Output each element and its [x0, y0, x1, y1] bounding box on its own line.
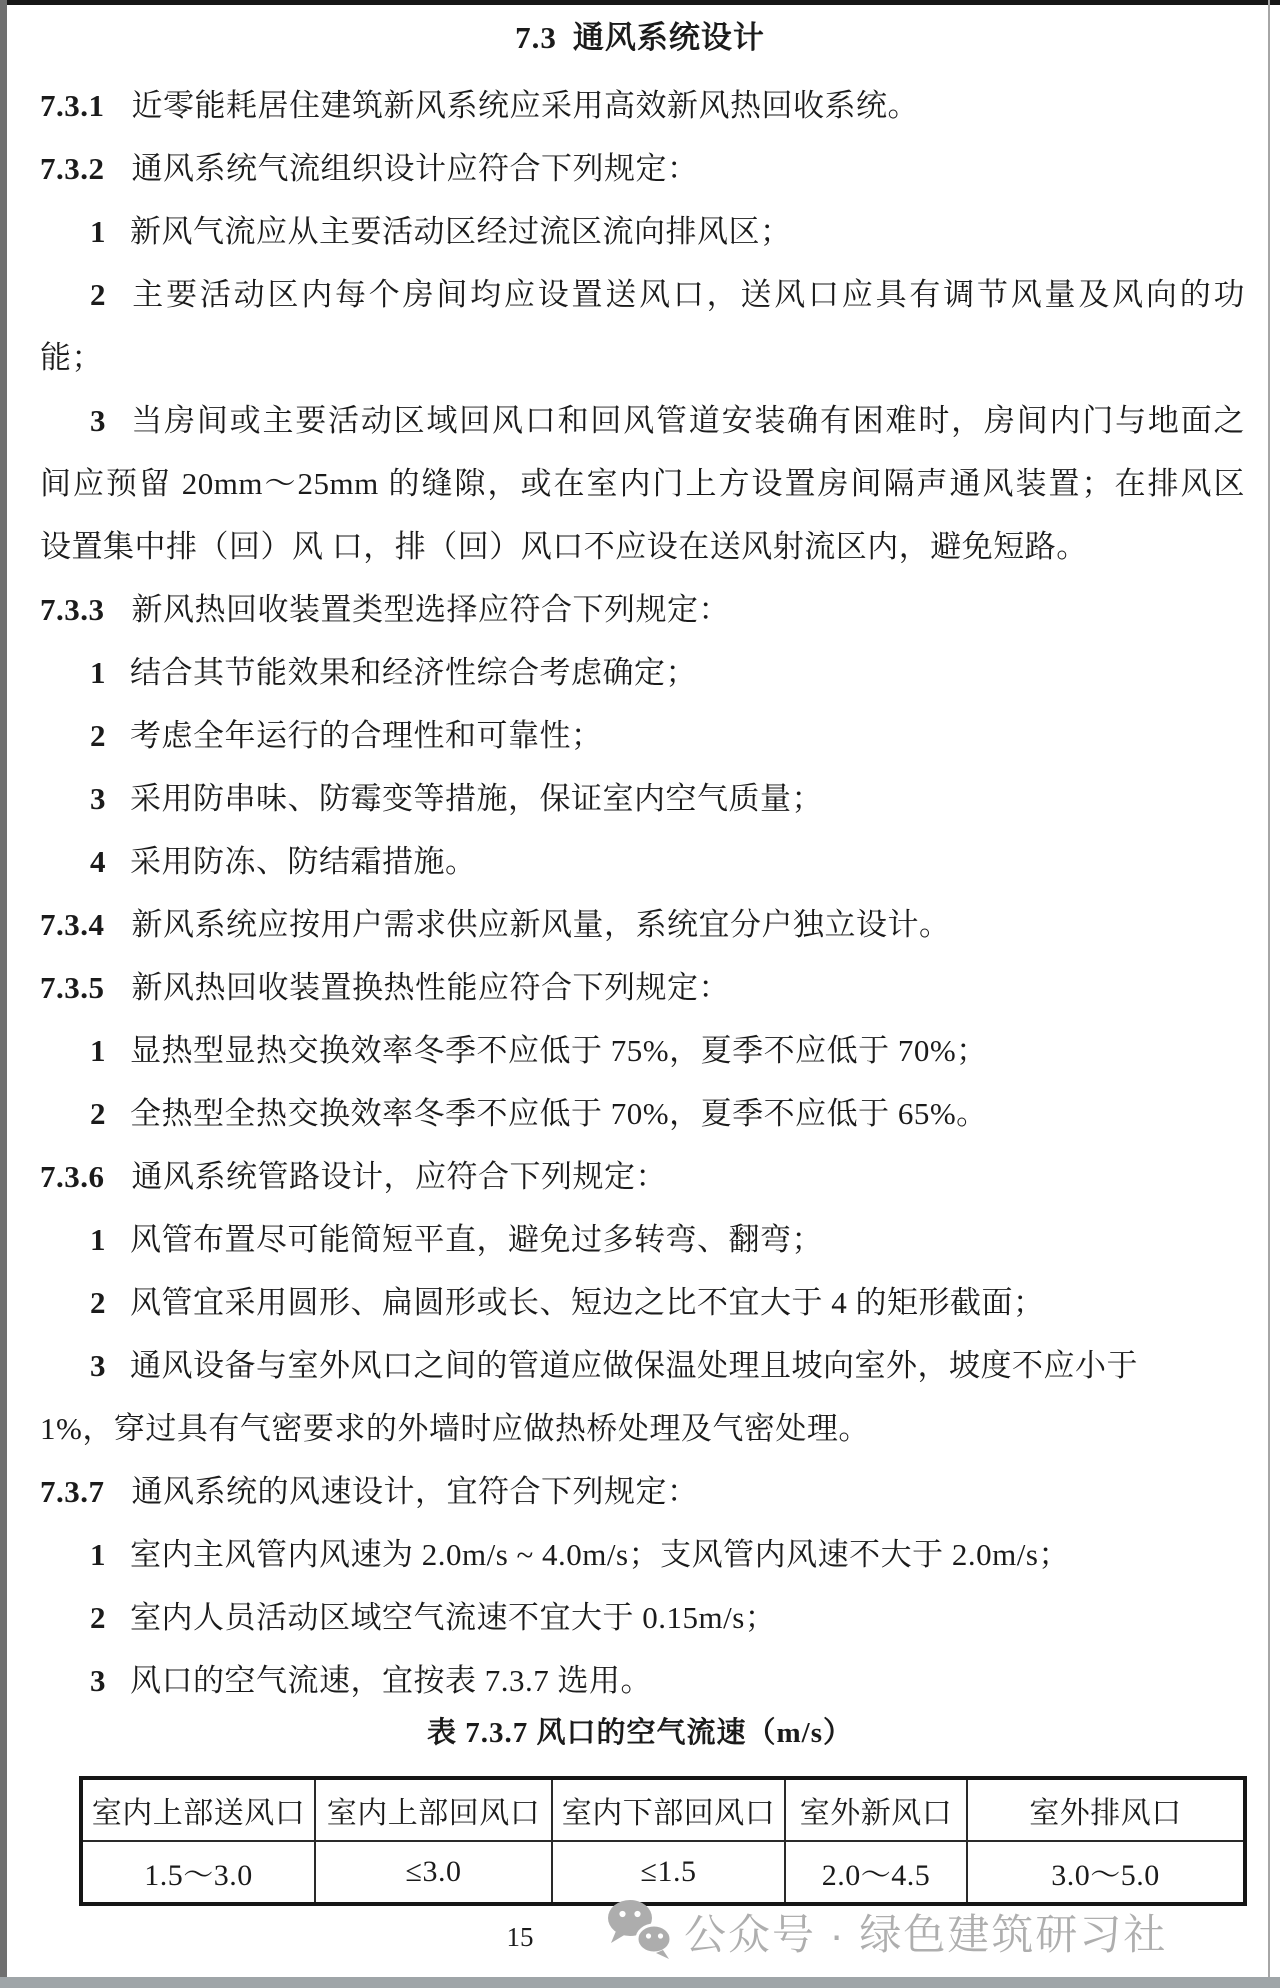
scan-edge-bottom: [0, 1977, 1280, 1988]
clause-7.3.4: 7.3.4新风系统应按用户需求供应新风量，系统宜分户独立设计。: [40, 893, 1245, 956]
table-value-cell-2: ≤3.0: [315, 1841, 552, 1904]
item-number: 2: [90, 1600, 106, 1635]
item-number: 1: [90, 655, 106, 690]
section-heading: 7.3通风系统设计: [0, 12, 1280, 57]
subitem-3: 3风口的空气流速，宜按表 7.3.7 选用。: [40, 1649, 1245, 1712]
item-text: 新风气流应从主要活动区经过流区流向排风区；: [130, 214, 792, 249]
item-text: 风口的空气流速，宜按表 7.3.7 选用。: [130, 1663, 652, 1698]
subitem-1: 1室内主风管内风速为 2.0m/s ~ 4.0m/s；支风管内风速不大于 2.0…: [40, 1523, 1245, 1586]
table-header-cell-3: 室内下部回风口: [552, 1778, 785, 1841]
clause-number: 7.3.7: [40, 1474, 105, 1509]
clause-number: 7.3.2: [40, 151, 105, 186]
clause-text: 新风热回收装置类型选择应符合下列规定：: [132, 592, 731, 627]
clause-text: 新风热回收装置换热性能应符合下列规定：: [132, 970, 731, 1005]
subitem-3: 3采用防串味、防霉变等措施，保证室内空气质量；: [40, 767, 1245, 830]
item-number: 2: [90, 1285, 106, 1320]
item-number: 1: [90, 1033, 106, 1068]
subitem-3: 3当房间或主要活动区域回风口和回风管道安装确有困难时，房间内门与地面之: [40, 389, 1245, 452]
continuation-line: 间应预留 20mm～25mm 的缝隙，或在室内门上方设置房间隔声通风装置；在排风…: [40, 452, 1245, 515]
subitem-1: 1结合其节能效果和经济性综合考虑确定；: [40, 641, 1245, 704]
watermark-text: 公众号 · 绿色建筑研习社: [684, 1902, 1167, 1962]
table-header-cell-2: 室内上部回风口: [315, 1778, 552, 1841]
table-header-cell-5: 室外排风口: [967, 1778, 1245, 1841]
item-number: 3: [90, 1663, 106, 1698]
table-value-cell-1: 1.5～3.0: [81, 1841, 315, 1904]
item-text: 主要活动区内每个房间均应设置送风口，送风口应具有调节风量及风向的功: [130, 277, 1245, 312]
item-text: 室内人员活动区域空气流速不宜大于 0.15m/s；: [130, 1600, 776, 1635]
wechat-icon: [606, 1898, 674, 1965]
clause-number: 7.3.5: [40, 970, 105, 1005]
item-text: 间应预留 20mm～25mm 的缝隙，或在室内门上方设置房间隔声通风装置；在排风…: [40, 466, 1245, 501]
clause-number: 7.3.4: [40, 907, 105, 942]
item-text: 风管布置尽可能简短平直，避免过多转弯、翻弯；: [130, 1222, 823, 1257]
clause-7.3.7: 7.3.7通风系统的风速设计，宜符合下列规定：: [40, 1460, 1245, 1523]
item-text: 当房间或主要活动区域回风口和回风管道安装确有困难时，房间内门与地面之: [130, 403, 1245, 438]
clause-7.3.1: 7.3.1近零能耗居住建筑新风系统应采用高效新风热回收系统。: [40, 74, 1245, 137]
subitem-2: 2风管宜采用圆形、扁圆形或长、短边之比不宜大于 4 的矩形截面；: [40, 1271, 1245, 1334]
subitem-2: 2主要活动区内每个房间均应设置送风口，送风口应具有调节风量及风向的功: [40, 263, 1245, 326]
continuation-line: 1%，穿过具有气密要求的外墙时应做热桥处理及气密处理。: [40, 1397, 1245, 1460]
item-text: 采用防串味、防霉变等措施，保证室内空气质量；: [130, 781, 823, 816]
document-body: 7.3.1近零能耗居住建筑新风系统应采用高效新风热回收系统。 7.3.2通风系统…: [40, 74, 1245, 1712]
item-text: 通风设备与室外风口之间的管道应做保温处理且坡向室外，坡度不应小于: [130, 1348, 1138, 1383]
item-text: 设置集中排（回）风 口，排（回）风口不应设在送风射流区内，避免短路。: [40, 529, 1088, 564]
subitem-1: 1显热型显热交换效率冬季不应低于 75%，夏季不应低于 70%；: [40, 1019, 1245, 1082]
table-header-cell-4: 室外新风口: [785, 1778, 967, 1841]
table-header-row: 室内上部送风口 室内上部回风口 室内下部回风口 室外新风口 室外排风口: [81, 1778, 1245, 1841]
clause-number: 7.3.3: [40, 592, 105, 627]
table-value-cell-5: 3.0～5.0: [967, 1841, 1245, 1904]
continuation-line: 设置集中排（回）风 口，排（回）风口不应设在送风射流区内，避免短路。: [40, 515, 1245, 578]
table-header-cell-1: 室内上部送风口: [81, 1778, 315, 1841]
item-number: 1: [90, 214, 106, 249]
watermark: 公众号 · 绿色建筑研习社: [606, 1898, 1167, 1965]
table-value-row: 1.5～3.0 ≤3.0 ≤1.5 2.0～4.5 3.0～5.0: [81, 1841, 1245, 1904]
table-value-cell-4: 2.0～4.5: [785, 1841, 967, 1904]
clause-text: 通风系统气流组织设计应符合下列规定：: [132, 151, 699, 186]
clause-number: 7.3.6: [40, 1159, 105, 1194]
clause-number: 7.3.1: [40, 88, 105, 123]
item-text: 结合其节能效果和经济性综合考虑确定；: [130, 655, 697, 690]
item-number: 3: [90, 781, 106, 816]
continuation-line: 能；: [40, 326, 1245, 389]
subitem-3: 3通风设备与室外风口之间的管道应做保温处理且坡向室外，坡度不应小于: [40, 1334, 1245, 1397]
item-text: 显热型显热交换效率冬季不应低于 75%，夏季不应低于 70%；: [130, 1033, 988, 1068]
section-heading-text: 通风系统设计: [573, 20, 765, 55]
clause-7.3.6: 7.3.6通风系统管路设计，应符合下列规定：: [40, 1145, 1245, 1208]
clause-7.3.5: 7.3.5新风热回收装置换热性能应符合下列规定：: [40, 956, 1245, 1019]
item-number: 2: [90, 277, 106, 312]
item-number: 4: [90, 844, 106, 879]
item-text: 考虑全年运行的合理性和可靠性；: [130, 718, 603, 753]
clause-text: 通风系统的风速设计，宜符合下列规定：: [132, 1474, 699, 1509]
table-7.3.7: 室内上部送风口 室内上部回风口 室内下部回风口 室外新风口 室外排风口 1.5～…: [79, 1776, 1247, 1906]
subitem-2: 2全热型全热交换效率冬季不应低于 70%，夏季不应低于 65%。: [40, 1082, 1245, 1145]
item-text: 1%，穿过具有气密要求的外墙时应做热桥处理及气密处理。: [40, 1411, 870, 1446]
subitem-2: 2考虑全年运行的合理性和可靠性；: [40, 704, 1245, 767]
item-number: 2: [90, 718, 106, 753]
item-text: 风管宜采用圆形、扁圆形或长、短边之比不宜大于 4 的矩形截面；: [130, 1285, 1045, 1320]
clause-7.3.2: 7.3.2通风系统气流组织设计应符合下列规定：: [40, 137, 1245, 200]
clause-text: 通风系统管路设计，应符合下列规定：: [132, 1159, 668, 1194]
item-number: 1: [90, 1222, 106, 1257]
scan-edge-right: [1268, 0, 1270, 1988]
clause-7.3.3: 7.3.3新风热回收装置类型选择应符合下列规定：: [40, 578, 1245, 641]
subitem-1: 1新风气流应从主要活动区经过流区流向排风区；: [40, 200, 1245, 263]
item-number: 3: [90, 403, 106, 438]
item-text: 全热型全热交换效率冬季不应低于 70%，夏季不应低于 65%。: [130, 1096, 988, 1131]
subitem-1: 1风管布置尽可能简短平直，避免过多转弯、翻弯；: [40, 1208, 1245, 1271]
item-number: 3: [90, 1348, 106, 1383]
item-number: 2: [90, 1096, 106, 1131]
item-text: 能；: [40, 340, 103, 375]
scan-edge-left: [0, 0, 7, 1988]
section-heading-number: 7.3: [515, 20, 557, 55]
table-value-cell-3: ≤1.5: [552, 1841, 785, 1904]
table-title: 表 7.3.7 风口的空气流速（m/s）: [0, 1710, 1280, 1751]
item-text: 采用防冻、防结霜措施。: [130, 844, 477, 879]
subitem-2: 2室内人员活动区域空气流速不宜大于 0.15m/s；: [40, 1586, 1245, 1649]
clause-text: 新风系统应按用户需求供应新风量，系统宜分户独立设计。: [132, 907, 951, 942]
clause-text: 近零能耗居住建筑新风系统应采用高效新风热回收系统。: [132, 88, 920, 123]
item-text: 室内主风管内风速为 2.0m/s ~ 4.0m/s；支风管内风速不大于 2.0m…: [130, 1537, 1070, 1572]
scan-edge-top: [0, 0, 1280, 5]
subitem-4: 4采用防冻、防结霜措施。: [40, 830, 1245, 893]
item-number: 1: [90, 1537, 106, 1572]
